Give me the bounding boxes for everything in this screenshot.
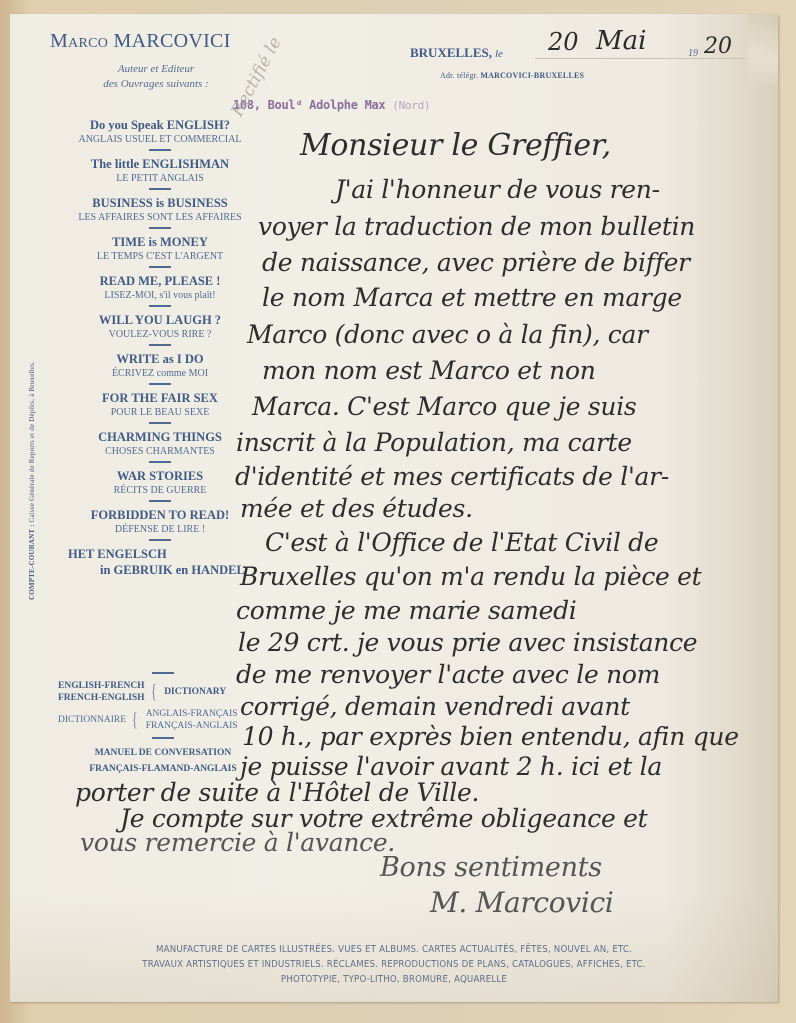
letter-line: corrigé, demain vendredi avant xyxy=(240,692,630,721)
letter-line: inscrit à la Population, ma carte xyxy=(236,428,632,457)
letter-line: mon nom est Marco et non xyxy=(262,356,596,385)
letter-line: J'ai l'honneur de vous ren- xyxy=(335,175,660,204)
letter-line: je puisse l'avoir avant 2 h. ici et la xyxy=(240,752,662,781)
closing: Bons sentiments xyxy=(380,852,602,883)
footer-line-1: MANUFACTURE DE CARTES ILLUSTRÉES. VUES E… xyxy=(14,942,774,957)
signature: M. Marcovici xyxy=(430,886,614,919)
letter-line: Bruxelles qu'on m'a rendu la pièce et xyxy=(240,562,701,591)
letter-line: d'identité et mes certificats de l'ar- xyxy=(235,462,669,491)
letter-line: le nom Marca et mettre en marge xyxy=(262,283,682,312)
letter-line: porter de suite à l'Hôtel de Ville. xyxy=(75,778,479,807)
letter-line: comme je me marie samedi xyxy=(236,596,576,625)
letter-line: vous remercie à l'avance. xyxy=(80,828,395,857)
handwritten-letter: Monsieur le Greffier, J'ai l'honneur de … xyxy=(0,0,796,1023)
letter-line: le 29 crt. je vous prie avec insistance xyxy=(238,628,697,657)
footer-line-3: PHOTOTYPIE, TYPO-LITHO, BROMURE, AQUAREL… xyxy=(14,972,774,987)
letter-line: mée et des études. xyxy=(240,494,473,523)
letter-line: Marco (donc avec o à la fin), car xyxy=(247,320,648,349)
letter-line: 10 h., par exprès bien entendu, afin que xyxy=(242,722,739,751)
letter-line: de me renvoyer l'acte avec le nom xyxy=(236,660,660,689)
footer-line-2: TRAVAUX ARTISTIQUES ET INDUSTRIELS. RÉCL… xyxy=(14,957,774,972)
letter-line: de naissance, avec prière de biffer xyxy=(262,248,690,277)
letter-line: Marca. C'est Marco que je suis xyxy=(252,392,636,421)
letter-line: voyer la traduction de mon bulletin xyxy=(258,212,695,241)
salutation: Monsieur le Greffier, xyxy=(300,128,611,163)
letter-line: C'est à l'Office de l'Etat Civil de xyxy=(265,528,658,557)
letterhead-footer: MANUFACTURE DE CARTES ILLUSTRÉES. VUES E… xyxy=(14,942,774,987)
